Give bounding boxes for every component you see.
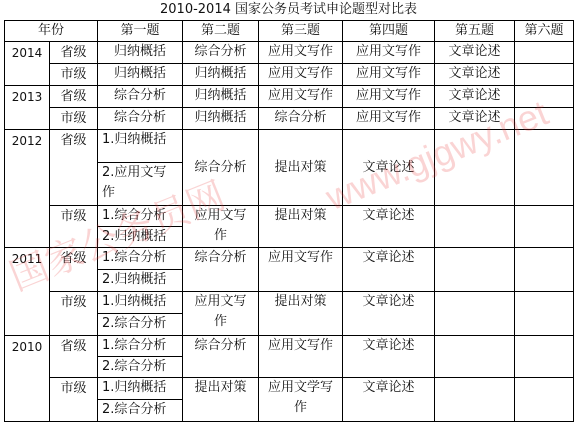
- header-q5: 第五题: [435, 21, 515, 42]
- q3-cell: 应用文学写作: [259, 378, 343, 422]
- q5-cell: 文章论述: [435, 86, 515, 108]
- q6-cell: [515, 130, 574, 206]
- header-row: 年份 第一题 第二题 第三题 第四题 第五题 第六题: [5, 21, 574, 42]
- year-cell: 2012: [5, 130, 50, 248]
- q6-cell: [515, 378, 574, 422]
- level-cell: 市级: [50, 378, 98, 422]
- q5-cell: [435, 378, 515, 422]
- year-cell: 2011: [5, 248, 50, 336]
- q1-sub-cell: 1.综合分析: [98, 248, 183, 270]
- q1-sub-cell: 1.综合分析: [98, 206, 183, 227]
- q1-sub-cell: 2.综合分析: [98, 400, 183, 422]
- q6-cell: [515, 248, 574, 292]
- q6-cell: [515, 206, 574, 248]
- table-row: 2011 省级 1.综合分析 综合分析 应用文写作 文章论述: [5, 248, 574, 270]
- level-cell: 省级: [50, 130, 98, 206]
- q6-cell: [515, 42, 574, 64]
- q3-cell: 应用文写作: [259, 248, 343, 292]
- q2-cell: 综合分析: [183, 336, 259, 378]
- q6-cell: [515, 292, 574, 336]
- q4-cell: 文章论述: [343, 206, 435, 248]
- q2-cell: 综合分析: [183, 248, 259, 292]
- q1-cell: 归纳概括: [98, 42, 183, 64]
- year-cell: 2013: [5, 86, 50, 130]
- level-cell: 市级: [50, 292, 98, 336]
- level-cell: 省级: [50, 42, 98, 64]
- header-q2: 第二题: [183, 21, 259, 42]
- q4-cell: 文章论述: [343, 248, 435, 292]
- q4-cell: 应用文写作: [343, 64, 435, 86]
- table-row: 2010 省级 1.综合分析 综合分析 应用文写作 文章论述: [5, 336, 574, 357]
- q4-cell: 文章论述: [343, 292, 435, 336]
- q3-cell: 提出对策: [259, 292, 343, 336]
- page-title: 2010-2014 国家公务员考试申论题型对比表: [0, 2, 577, 18]
- table-row: 2012 省级 1.归纳概括 综合分析 提出对策 文章论述: [5, 130, 574, 163]
- level-cell: 省级: [50, 336, 98, 378]
- q3-cell: 应用文写作: [259, 64, 343, 86]
- q2-cell: 综合分析: [183, 42, 259, 64]
- q5-cell: [435, 248, 515, 292]
- q3-cell: 应用文写作: [259, 336, 343, 378]
- q6-cell: [515, 108, 574, 130]
- q1-cell: 综合分析: [98, 86, 183, 108]
- level-cell: 市级: [50, 206, 98, 248]
- q1-cell: 归纳概括: [98, 64, 183, 86]
- header-q4: 第四题: [343, 21, 435, 42]
- q5-cell: [435, 336, 515, 378]
- level-cell: 市级: [50, 64, 98, 86]
- q5-cell: 文章论述: [435, 64, 515, 86]
- table-row: 市级 1.归纳概括 应用文写作 提出对策 文章论述: [5, 292, 574, 314]
- q6-cell: [515, 64, 574, 86]
- q1-sub-cell: 2.归纳概括: [98, 227, 183, 248]
- q4-cell: 应用文写作: [343, 86, 435, 108]
- q4-cell: 应用文写作: [343, 108, 435, 130]
- q5-cell: 文章论述: [435, 42, 515, 64]
- table-row: 市级 1.综合分析 应用文写作 提出对策 文章论述: [5, 206, 574, 227]
- q3-cell: 提出对策: [259, 130, 343, 206]
- q1-sub-cell: 1.归纳概括: [98, 378, 183, 400]
- q1-sub-cell: 2.综合分析: [98, 314, 183, 336]
- q2-cell: 应用文写作: [183, 206, 259, 248]
- q2-cell: 综合分析: [183, 130, 259, 206]
- q6-cell: [515, 336, 574, 378]
- table-row: 市级 综合分析 归纳概括 综合分析 应用文写作 文章论述: [5, 108, 574, 130]
- q2-cell: 归纳概括: [183, 86, 259, 108]
- q2-cell: 提出对策: [183, 378, 259, 422]
- table-row: 市级 1.归纳概括 提出对策 应用文学写作 文章论述: [5, 378, 574, 400]
- q1-sub-cell: 1.归纳概括: [98, 292, 183, 314]
- q1-cell: 综合分析: [98, 108, 183, 130]
- q4-cell: 文章论述: [343, 378, 435, 422]
- q3-cell: 应用文写作: [259, 42, 343, 64]
- q2-cell: 归纳概括: [183, 64, 259, 86]
- q3-cell: 提出对策: [259, 206, 343, 248]
- q4-cell: 应用文写作: [343, 42, 435, 64]
- level-cell: 省级: [50, 86, 98, 108]
- q5-cell: [435, 292, 515, 336]
- header-q6: 第六题: [515, 21, 574, 42]
- level-cell: 省级: [50, 248, 98, 292]
- question-type-table: 年份 第一题 第二题 第三题 第四题 第五题 第六题 2014 省级 归纳概括 …: [4, 20, 574, 422]
- table-row: 2014 省级 归纳概括 综合分析 应用文写作 应用文写作 文章论述: [5, 42, 574, 64]
- q2-cell: 应用文写作: [183, 292, 259, 336]
- year-cell: 2014: [5, 42, 50, 86]
- header-year: 年份: [5, 21, 98, 42]
- q3-cell: 应用文写作: [259, 86, 343, 108]
- table-row: 市级 归纳概括 归纳概括 应用文写作 应用文写作 文章论述: [5, 64, 574, 86]
- q5-cell: [435, 206, 515, 248]
- q4-cell: 文章论述: [343, 336, 435, 378]
- table-row: 2013 省级 综合分析 归纳概括 应用文写作 应用文写作 文章论述: [5, 86, 574, 108]
- q5-cell: [435, 130, 515, 206]
- header-q3: 第三题: [259, 21, 343, 42]
- q1-sub-cell: 2.应用文写作: [98, 163, 183, 206]
- q1-sub-cell: 1.综合分析: [98, 336, 183, 357]
- year-cell: 2010: [5, 336, 50, 422]
- q5-cell: 文章论述: [435, 108, 515, 130]
- header-q1: 第一题: [98, 21, 183, 42]
- q4-cell: 文章论述: [343, 130, 435, 206]
- q2-cell: 归纳概括: [183, 108, 259, 130]
- q1-sub-cell: 1.归纳概括: [98, 130, 183, 163]
- q3-cell: 综合分析: [259, 108, 343, 130]
- q1-sub-cell: 2.综合分析: [98, 357, 183, 378]
- level-cell: 市级: [50, 108, 98, 130]
- q1-sub-cell: 2.归纳概括: [98, 270, 183, 292]
- q6-cell: [515, 86, 574, 108]
